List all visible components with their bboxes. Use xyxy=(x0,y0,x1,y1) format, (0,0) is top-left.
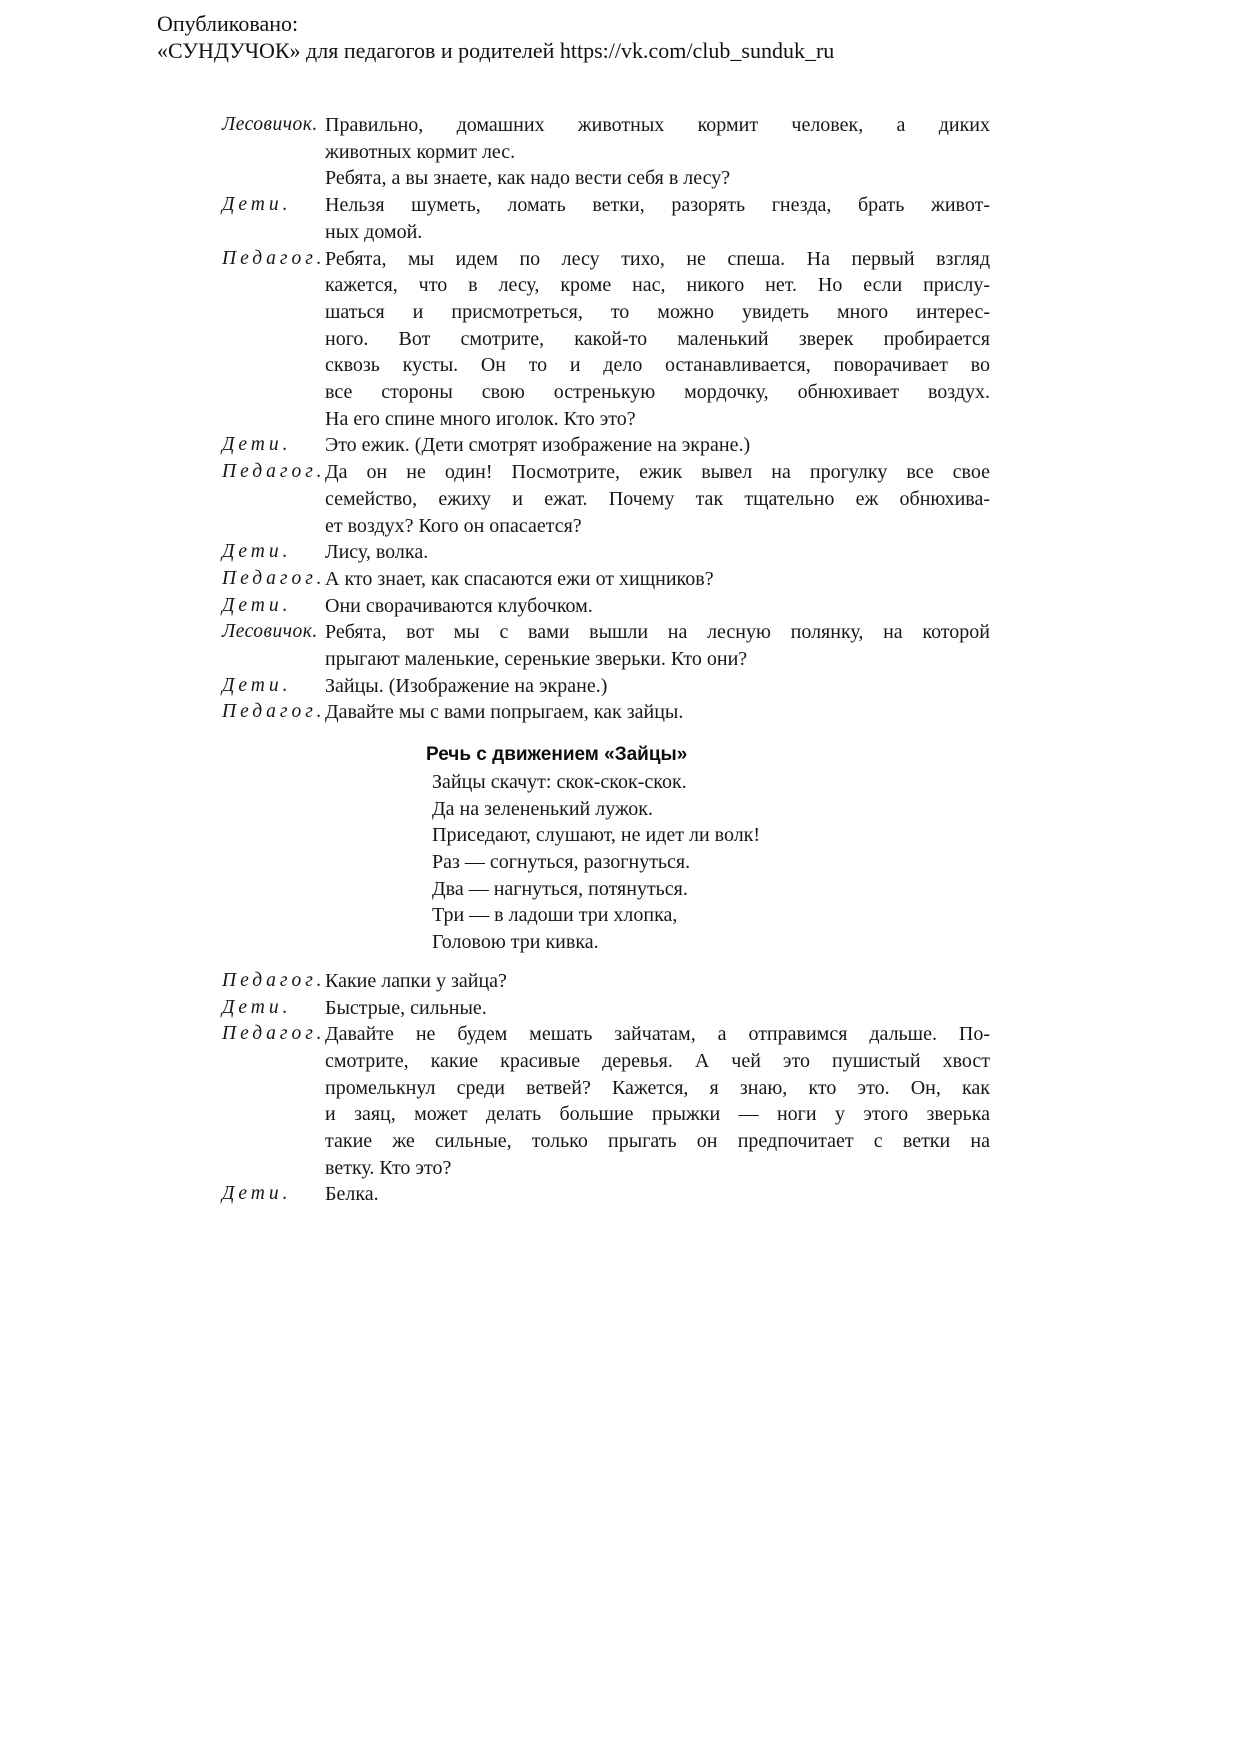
speech-text: Давайте мы с вами попрыгаем, как зайцы. xyxy=(325,699,990,726)
dialogue-line: ветку. Кто это? xyxy=(325,1155,990,1182)
dialogue-line: Давайте не будем мешать зайчатам, а отпр… xyxy=(325,1021,990,1048)
speech-text: Зайцы. (Изображение на экране.) xyxy=(325,673,990,700)
movement-line: Да на зелененький лужок. xyxy=(432,796,997,823)
dialogue-entry: Педагог.Давайте мы с вами попрыгаем, как… xyxy=(222,699,997,726)
dialogue-entry: Лесовичок.Ребята, вот мы с вами вышли на… xyxy=(222,619,997,672)
dialogue-line: ного. Вот смотрите, какой-то маленький з… xyxy=(325,326,990,353)
movement-line: Приседают, слушают, не идет ли волк! xyxy=(432,822,997,849)
speech-text: Лису, волка. xyxy=(325,539,990,566)
speaker-label: Педагог. xyxy=(222,246,325,273)
dialogue-line: Это ежик. (Дети смотрят изображение на э… xyxy=(325,432,990,459)
dialogue-entry: Дети.Лису, волка. xyxy=(222,539,997,566)
dialogue-entry: Педагог.Какие лапки у зайца? xyxy=(222,968,997,995)
speech-text: Нельзя шуметь, ломать ветки, разорять гн… xyxy=(325,192,990,245)
speaker-label: Педагог. xyxy=(222,1021,325,1048)
speech-text: Это ежик. (Дети смотрят изображение на э… xyxy=(325,432,990,459)
dialogue-entry: Педагог.Ребята, мы идем по лесу тихо, не… xyxy=(222,246,997,433)
dialogue-line: семейство, ежиху и ежат. Почему так тщат… xyxy=(325,486,990,513)
dialogue-line: Нельзя шуметь, ломать ветки, разорять гн… xyxy=(325,192,990,219)
dialogue-part-2: Педагог.Какие лапки у зайца?Дети.Быстрые… xyxy=(222,968,997,1208)
dialogue-line: Ребята, мы идем по лесу тихо, не спеша. … xyxy=(325,246,990,273)
dialogue-entry: Лесовичок.Правильно, домашних животных к… xyxy=(222,112,997,192)
movement-section: Речь с движением «Зайцы» Зайцы скачут: с… xyxy=(222,742,997,956)
speech-text: А кто знает, как спасаются ежи от хищник… xyxy=(325,566,990,593)
speaker-label: Дети. xyxy=(222,995,325,1022)
dialogue-entry: Дети.Белка. xyxy=(222,1181,997,1208)
dialogue-line: и заяц, может делать большие прыжки — но… xyxy=(325,1101,990,1128)
speech-text: Ребята, вот мы с вами вышли на лесную по… xyxy=(325,619,990,672)
movement-line: Головою три кивка. xyxy=(432,929,997,956)
dialogue-entry: Педагог.Да он не один! Посмотрите, ежик … xyxy=(222,459,997,539)
page-header: Опубликовано: «СУНДУЧОК» для педагогов и… xyxy=(157,10,834,64)
dialogue-line: Они сворачиваются клубочком. xyxy=(325,593,990,620)
dialogue-part-1: Лесовичок.Правильно, домашних животных к… xyxy=(222,112,997,726)
dialogue-line: Давайте мы с вами попрыгаем, как зайцы. xyxy=(325,699,990,726)
movement-lines: Зайцы скачут: скок-скок-скок.Да на зелен… xyxy=(432,769,997,956)
dialogue-line: промелькнул среди ветвей? Кажется, я зна… xyxy=(325,1075,990,1102)
script-content: Лесовичок.Правильно, домашних животных к… xyxy=(222,112,997,1208)
speech-text: Они сворачиваются клубочком. xyxy=(325,593,990,620)
dialogue-line: Ребята, а вы знаете, как надо вести себя… xyxy=(325,165,990,192)
dialogue-line: Лису, волка. xyxy=(325,539,990,566)
dialogue-line: животных кормит лес. xyxy=(325,139,990,166)
dialogue-entry: Педагог.А кто знает, как спасаются ежи о… xyxy=(222,566,997,593)
speech-text: Быстрые, сильные. xyxy=(325,995,990,1022)
dialogue-entry: Дети.Это ежик. (Дети смотрят изображение… xyxy=(222,432,997,459)
dialogue-entry: Дети.Они сворачиваются клубочком. xyxy=(222,593,997,620)
dialogue-line: Быстрые, сильные. xyxy=(325,995,990,1022)
dialogue-line: На его спине много иголок. Кто это? xyxy=(325,406,990,433)
published-label: Опубликовано: xyxy=(157,10,834,37)
movement-line: Зайцы скачут: скок-скок-скок. xyxy=(432,769,997,796)
dialogue-line: смотрите, какие красивые деревья. А чей … xyxy=(325,1048,990,1075)
dialogue-line: Ребята, вот мы с вами вышли на лесную по… xyxy=(325,619,990,646)
dialogue-line: такие же сильные, только прыгать он пред… xyxy=(325,1128,990,1155)
dialogue-line: кажется, что в лесу, кроме нас, никого н… xyxy=(325,272,990,299)
speaker-label: Педагог. xyxy=(222,699,325,726)
movement-line: Три — в ладоши три хлопка, xyxy=(432,902,997,929)
dialogue-entry: Дети.Зайцы. (Изображение на экране.) xyxy=(222,673,997,700)
speaker-label: Лесовичок. xyxy=(222,619,325,646)
dialogue-line: ет воздух? Кого он опасается? xyxy=(325,513,990,540)
speaker-label: Педагог. xyxy=(222,968,325,995)
dialogue-line: А кто знает, как спасаются ежи от хищник… xyxy=(325,566,990,593)
speaker-label: Дети. xyxy=(222,432,325,459)
dialogue-line: шаться и присмотреться, то можно увидеть… xyxy=(325,299,990,326)
dialogue-line: прыгают маленькие, серенькие зверьки. Кт… xyxy=(325,646,990,673)
scanned-document-page: Опубликовано: «СУНДУЧОК» для педагогов и… xyxy=(0,0,1240,1754)
movement-line: Раз — согнуться, разогнуться. xyxy=(432,849,997,876)
dialogue-entry: Педагог.Давайте не будем мешать зайчатам… xyxy=(222,1021,997,1181)
dialogue-line: ных домой. xyxy=(325,219,990,246)
speech-text: Правильно, домашних животных кормит чело… xyxy=(325,112,990,192)
dialogue-line: Правильно, домашних животных кормит чело… xyxy=(325,112,990,139)
speaker-label: Лесовичок. xyxy=(222,112,325,139)
dialogue-line: Какие лапки у зайца? xyxy=(325,968,990,995)
speaker-label: Дети. xyxy=(222,192,325,219)
dialogue-line: Да он не один! Посмотрите, ежик вывел на… xyxy=(325,459,990,486)
movement-title: Речь с движением «Зайцы» xyxy=(426,742,997,769)
dialogue-line: сквозь кусты. Он то и дело останавливает… xyxy=(325,352,990,379)
speech-text: Какие лапки у зайца? xyxy=(325,968,990,995)
speech-text: Давайте не будем мешать зайчатам, а отпр… xyxy=(325,1021,990,1181)
source-line: «СУНДУЧОК» для педагогов и родителей htt… xyxy=(157,37,834,64)
speech-text: Да он не один! Посмотрите, ежик вывел на… xyxy=(325,459,990,539)
movement-line: Два — нагнуться, потянуться. xyxy=(432,876,997,903)
dialogue-entry: Дети.Нельзя шуметь, ломать ветки, разоря… xyxy=(222,192,997,245)
speaker-label: Педагог. xyxy=(222,566,325,593)
speech-text: Ребята, мы идем по лесу тихо, не спеша. … xyxy=(325,246,990,433)
dialogue-line: Зайцы. (Изображение на экране.) xyxy=(325,673,990,700)
dialogue-line: Белка. xyxy=(325,1181,990,1208)
dialogue-line: все стороны свою остренькую мордочку, об… xyxy=(325,379,990,406)
speaker-label: Дети. xyxy=(222,539,325,566)
dialogue-entry: Дети.Быстрые, сильные. xyxy=(222,995,997,1022)
speech-text: Белка. xyxy=(325,1181,990,1208)
speaker-label: Дети. xyxy=(222,673,325,700)
speaker-label: Педагог. xyxy=(222,459,325,486)
speaker-label: Дети. xyxy=(222,593,325,620)
speaker-label: Дети. xyxy=(222,1181,325,1208)
